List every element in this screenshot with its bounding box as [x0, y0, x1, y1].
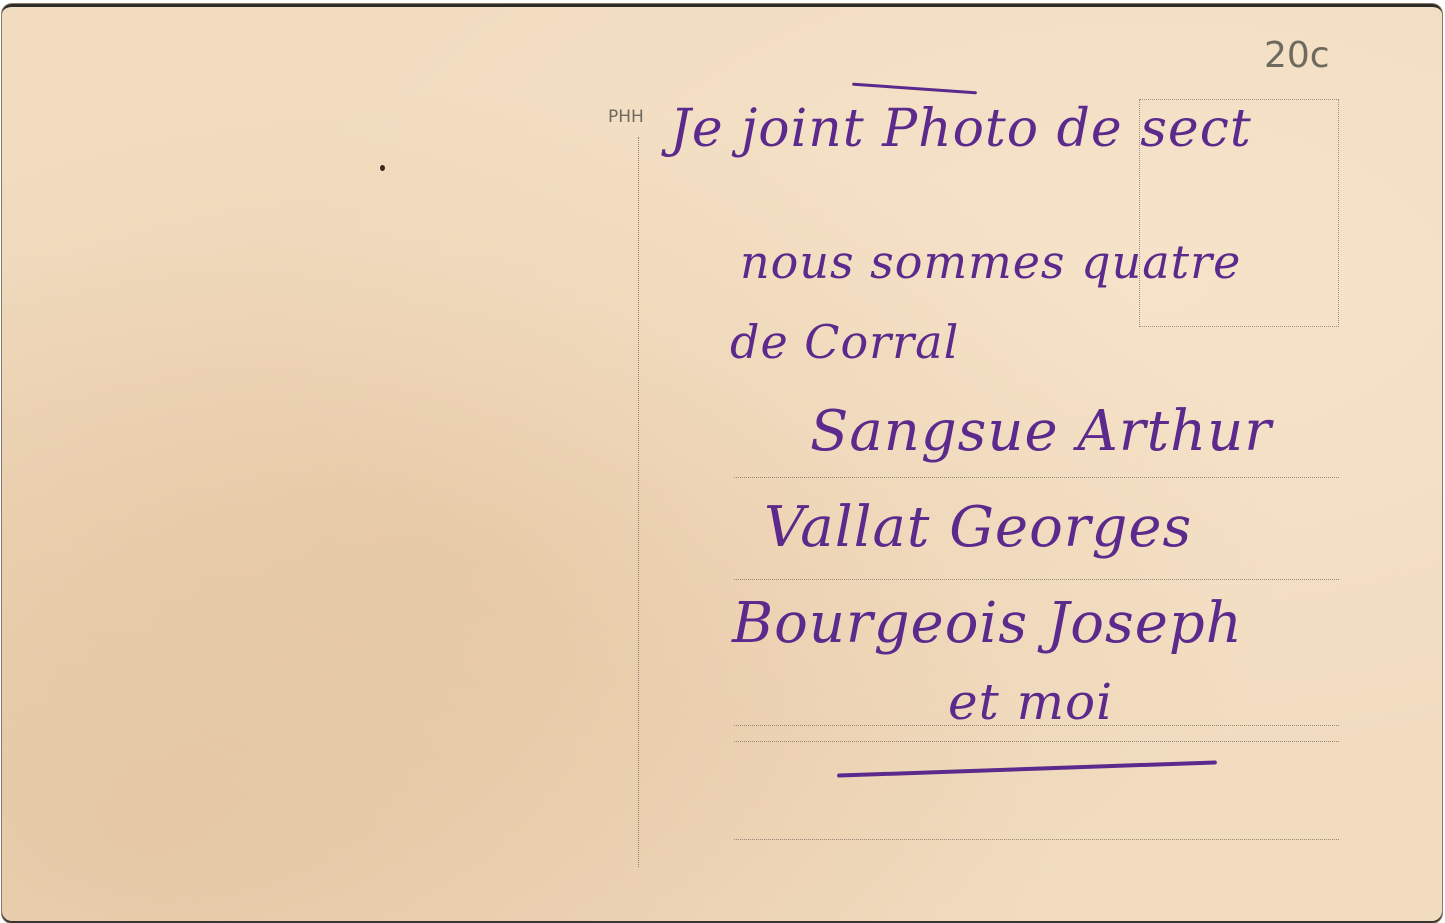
address-line: [734, 741, 1339, 742]
message-line-1: Je joint Photo de sect: [670, 99, 1252, 159]
message-line-4: Sangsue Arthur: [810, 399, 1272, 464]
postcard-back: 20c PHH Je joint Photo de sect nous somm…: [2, 4, 1442, 923]
center-divider-line: [638, 137, 639, 867]
message-line-5: Vallat Georges: [764, 495, 1192, 560]
ink-underline: [837, 760, 1217, 777]
message-line-6: Bourgeois Joseph: [732, 591, 1243, 656]
address-line: [734, 579, 1339, 580]
message-line-3: de Corral: [730, 315, 959, 369]
pencil-code-note: PHH: [608, 107, 644, 127]
address-line: [734, 839, 1339, 840]
address-line: [734, 477, 1339, 478]
paper-speck: [380, 165, 385, 171]
message-line-7: et moi: [948, 673, 1113, 731]
pencil-price-note: 20c: [1264, 35, 1330, 76]
ink-flourish: [852, 83, 977, 95]
message-line-2: nous sommes quatre: [740, 235, 1241, 289]
